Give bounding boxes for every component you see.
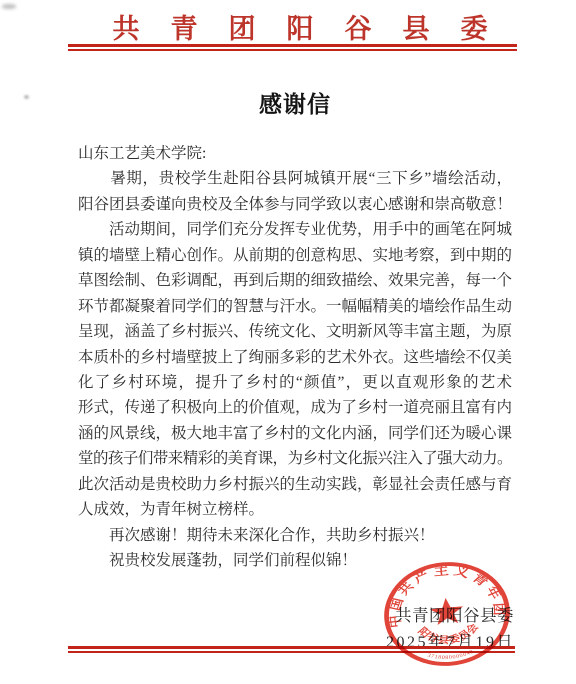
body-line: 活动期间，同学们充分发挥专业优势，用手中的画笔在阿城 xyxy=(78,217,512,242)
body-line: 人成效，为青年树立榜样。 xyxy=(78,497,512,522)
body-line: 再次感谢！期待未来深化合作，共助乡村振兴！ xyxy=(78,523,512,548)
body-line: 呈现，涵盖了乡村振兴、传统文化、文明新风等丰富主题，为原 xyxy=(78,319,512,344)
body-line: 镇的墙壁上精心创作。从前期的创意构思、实地考察，到中期的 xyxy=(78,243,512,268)
star-icon xyxy=(429,596,465,625)
letter-body: 山东工艺美术学院: 暑期，贵校学生赴阳谷县阿城镇开展“三下乡”墙绘活动， 阳谷团… xyxy=(78,141,512,573)
letter-page: 共青团阳谷县委 感谢信 山东工艺美术学院: 暑期，贵校学生赴阳谷县阿城镇开展“三… xyxy=(0,0,576,684)
official-seal: 中国共产主义青年团 阳谷县委员会 3718080000048 xyxy=(374,552,519,675)
scan-speck xyxy=(24,95,29,99)
body-line: 暑期，贵校学生赴阳谷县阿城镇开展“三下乡”墙绘活动， xyxy=(78,166,512,191)
body-line: 化了乡村环境，提升了乡村的“颜值”，更以直观形象的艺术 xyxy=(78,370,512,395)
header-rule-thin xyxy=(68,49,517,51)
header-rule xyxy=(68,44,517,51)
scan-speck xyxy=(2,4,16,9)
body-line: 草图绘制、色彩调配，再到后期的细致描绘、效果完善，每一个 xyxy=(78,268,512,293)
body-line: 环节都凝聚着同学们的智慧与汗水。一幅幅精美的墙绘作品生动 xyxy=(78,294,512,319)
body-line: 此次活动是贵校助力乡村振兴的生动实践，彰显社会责任感与育 xyxy=(78,472,512,497)
body-line: 本质朴的乡村墙壁披上了绚丽多彩的艺术外衣。这些墙绘不仅美 xyxy=(78,345,512,370)
letter-title: 感谢信 xyxy=(0,86,576,119)
letterhead-org-name: 共青团阳谷县委 xyxy=(113,12,519,46)
header-rule-thick xyxy=(68,44,517,47)
salutation: 山东工艺美术学院: xyxy=(78,141,512,166)
body-line: 形式，传递了积极向上的价值观，成为了乡村一道亮丽且富有内 xyxy=(78,395,512,420)
body-line: 阳谷团县委谨向贵校及全体参与同学致以衷心感谢和崇高敬意！ xyxy=(78,192,512,217)
body-line: 涵的风景线，极大地丰富了乡村的文化内涵，同学们还为暖心课 xyxy=(78,421,512,446)
seal-bottom-text: 阳谷县委员会 xyxy=(414,620,483,649)
body-line: 堂的孩子们带来精彩的美育课，为乡村文化振兴注入了强大动力。 xyxy=(78,446,512,471)
